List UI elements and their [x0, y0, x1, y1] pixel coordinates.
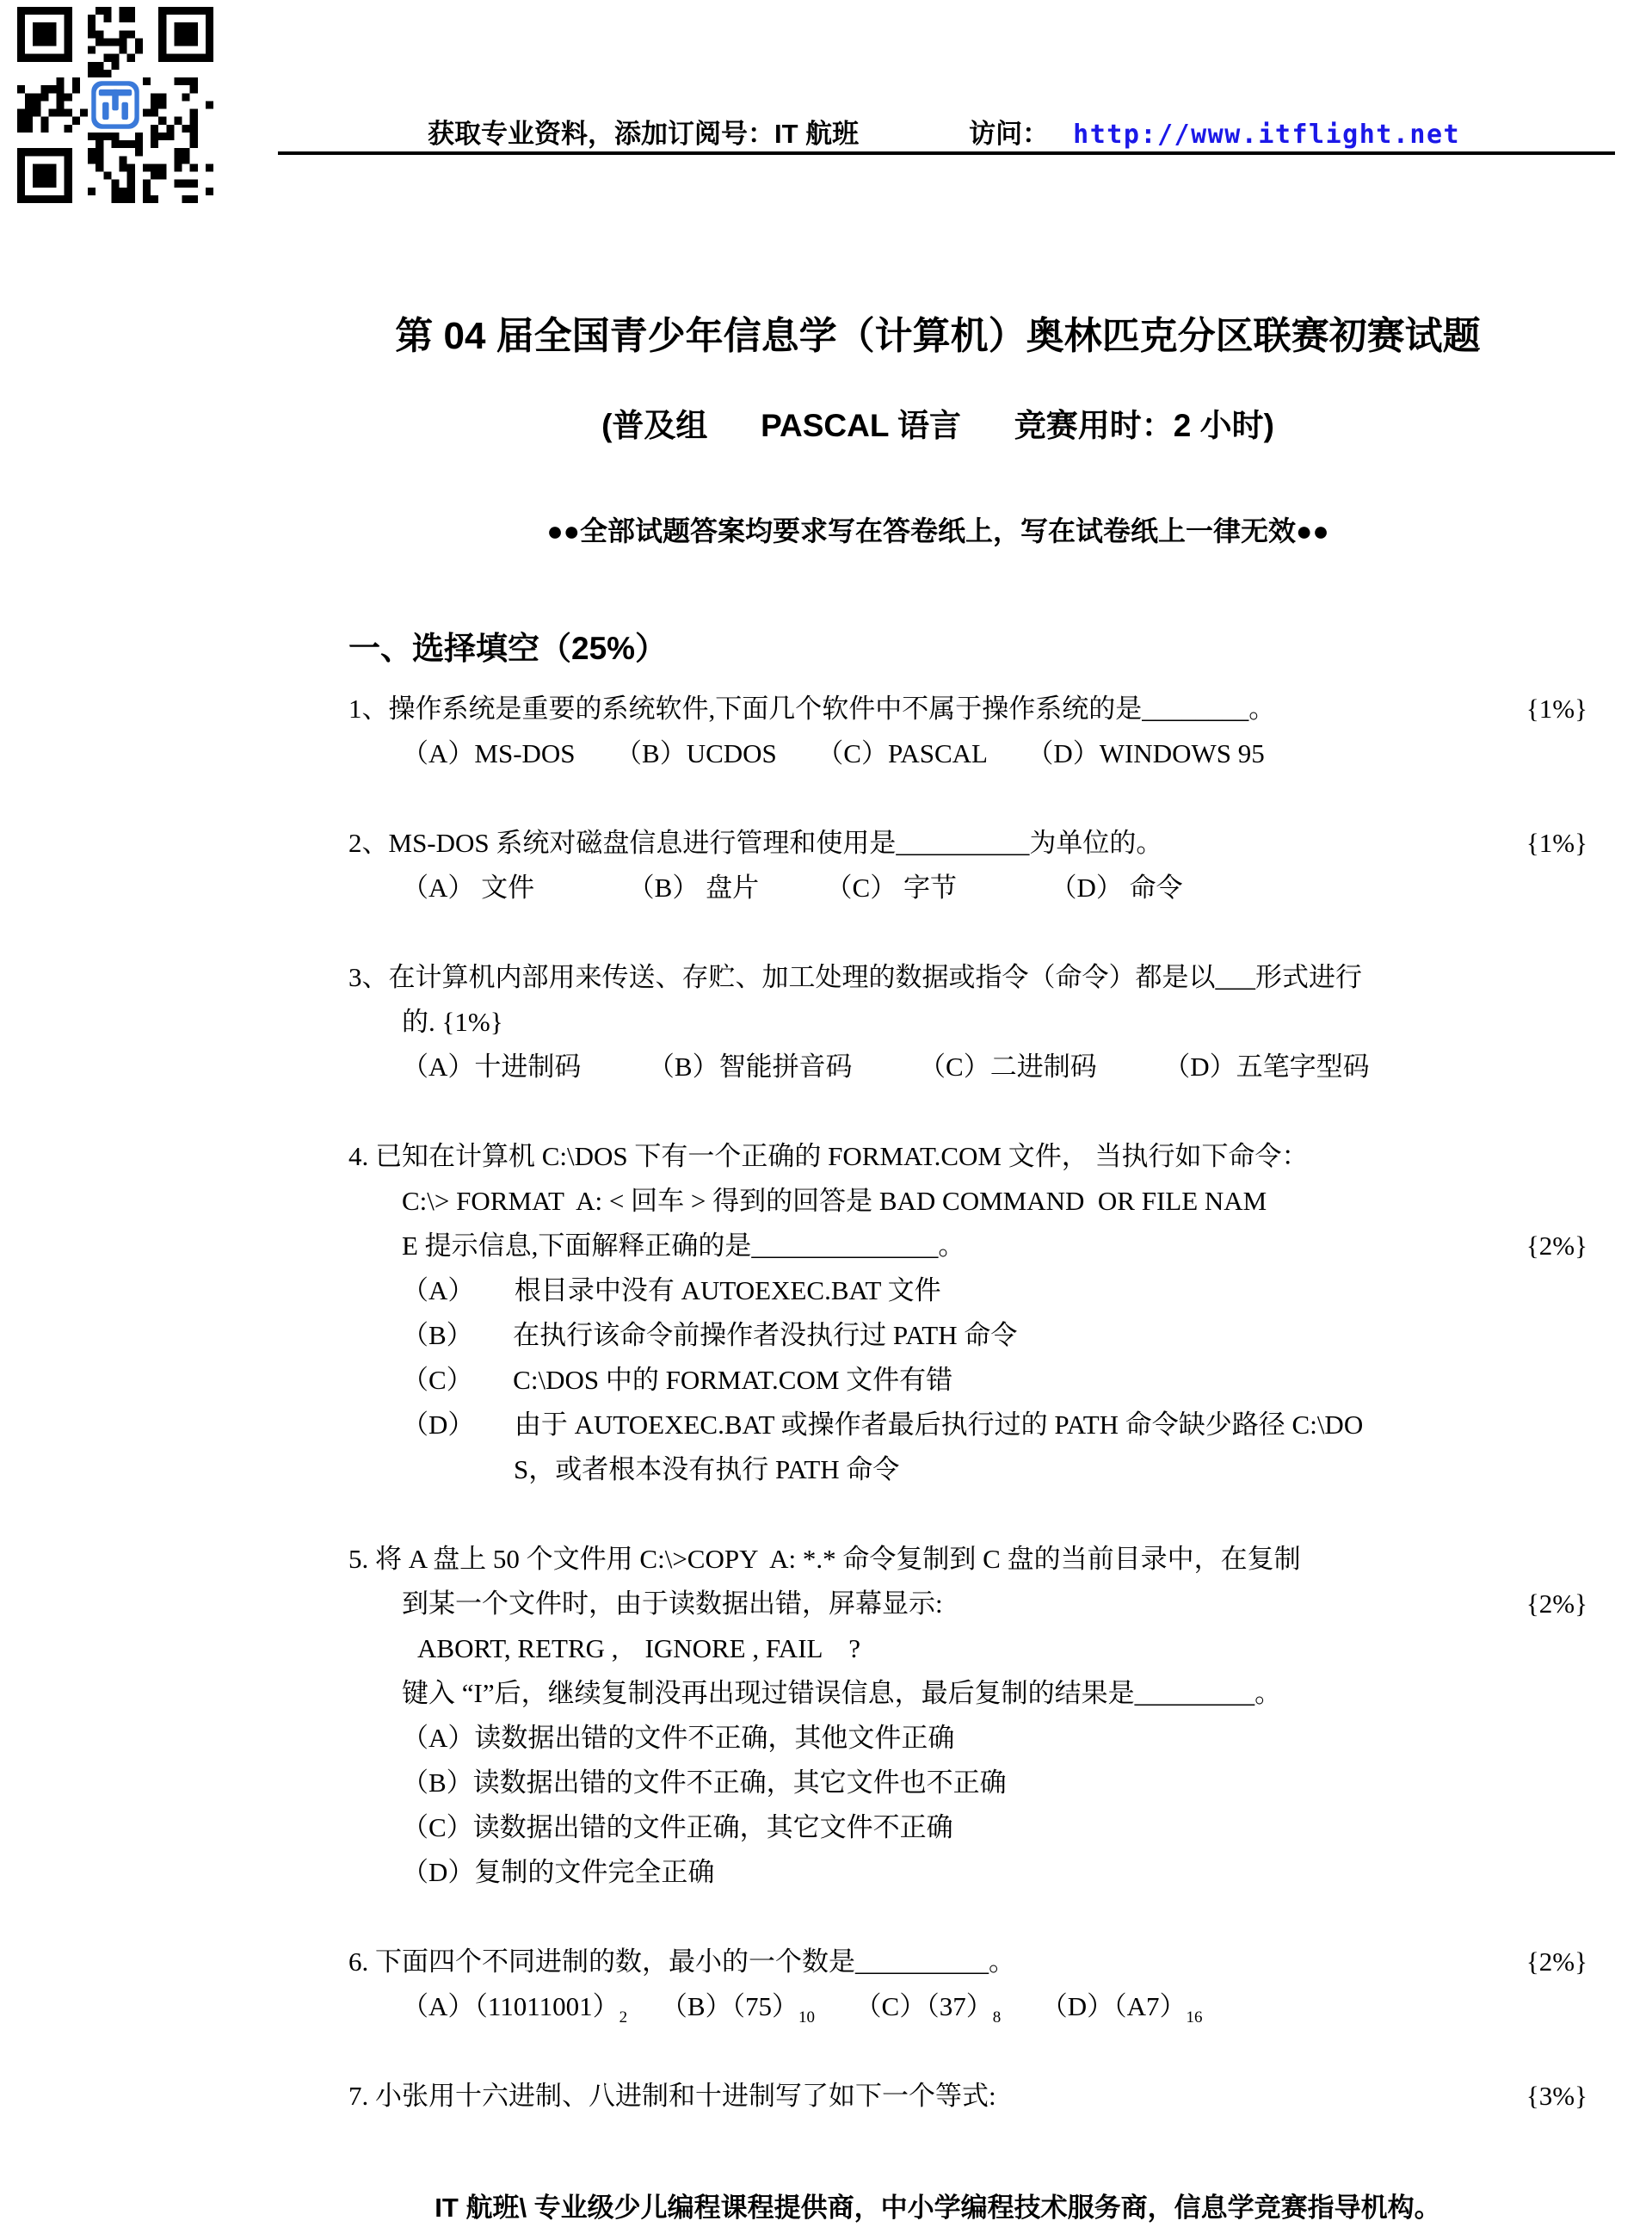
question-5-text: 5. 将 A 盘上 50 个文件用 C:\>COPY A: *.* 命令复制到 …: [348, 1537, 1594, 1582]
header-divider: [278, 151, 1615, 155]
page-subtitle: (普及组 PASCAL 语言 竞赛用时：2 小时): [258, 399, 1618, 446]
question-5-text-cont2: 键入 “I”后，继续复制没再出现过错误信息，最后复制的结果是_________。: [348, 1671, 1594, 1716]
score-badge: {2%}: [1526, 1582, 1587, 1626]
question-4-text-cont: E 提示信息,下面解释正确的是______________。{2%}: [348, 1224, 1594, 1268]
question-7-text: 7. 小张用十六进制、八进制和十进制写了如下一个等式:{3%}: [348, 2074, 1594, 2119]
question-5: 5. 将 A 盘上 50 个文件用 C:\>COPY A: *.* 命令复制到 …: [348, 1537, 1594, 1895]
qr-center-logo: [88, 77, 143, 133]
score-badge: {2%}: [1526, 1224, 1587, 1268]
question-1-text: 1、操作系统是重要的系统软件,下面几个软件中不属于操作系统的是________。…: [348, 687, 1594, 731]
question-4-text: 4. 已知在计算机 C:\DOS 下有一个正确的 FORMAT.COM 文件， …: [348, 1134, 1594, 1179]
question-6: 6. 下面四个不同进制的数，最小的一个数是__________。{2%} （A）…: [348, 1940, 1594, 2029]
question-text: 3、在计算机内部用来传送、存贮、加工处理的数据或指令（命令）都是以___形式进行: [348, 962, 1362, 992]
question-4-option-d-cont: S，或者根本没有执行 PATH 命令: [348, 1447, 1594, 1492]
options-text: （C） C:\DOS 中的 FORMAT.COM 文件有错: [402, 1365, 952, 1395]
question-text: C:\> FORMAT A: < 回车 > 得到的回答是 BAD COMMAND…: [402, 1186, 1267, 1216]
options-text: （A）MS-DOS （B）UCDOS （C）PASCAL （D）WINDOWS …: [402, 738, 1265, 768]
options-text: （D）复制的文件完全正确: [402, 1857, 714, 1887]
question-4-option-c: （C） C:\DOS 中的 FORMAT.COM 文件有错: [348, 1358, 1594, 1403]
site-url-link[interactable]: http://www.itflight.net: [1073, 120, 1460, 150]
options-text: （B）（75）: [627, 1991, 798, 2021]
question-3-text: 3、在计算机内部用来传送、存贮、加工处理的数据或指令（命令）都是以___形式进行: [348, 955, 1594, 1000]
question-5-option-d: （D）复制的文件完全正确: [348, 1850, 1594, 1895]
question-text: 2、MS-DOS 系统对磁盘信息进行管理和使用是__________为单位的。: [348, 828, 1162, 858]
radix-subscript: 2: [619, 2008, 628, 2027]
question-text: 1、操作系统是重要的系统软件,下面几个软件中不属于操作系统的是________。: [348, 694, 1275, 724]
question-3-text-cont: 的. {1%}: [348, 1000, 1594, 1045]
question-text: ABORT, RETRG , IGNORE , FAIL ?: [417, 1633, 860, 1663]
question-4-option-d: （D） 由于 AUTOEXEC.BAT 或操作者最后执行过的 PATH 命令缺少…: [348, 1403, 1594, 1447]
subscribe-text: 获取专业资料，添加订阅号：IT 航班: [428, 112, 859, 151]
question-4: 4. 已知在计算机 C:\DOS 下有一个正确的 FORMAT.COM 文件， …: [348, 1134, 1594, 1492]
question-4-command: C:\> FORMAT A: < 回车 > 得到的回答是 BAD COMMAND…: [348, 1179, 1594, 1224]
question-5-option-c: （C）读数据出错的文件正确，其它文件不正确: [348, 1805, 1594, 1850]
options-text: （A）（11011001）: [402, 1991, 619, 2021]
question-text: 6. 下面四个不同进制的数，最小的一个数是__________。: [348, 1946, 1015, 1977]
radix-subscript: 8: [993, 2008, 1002, 2027]
options-text: （B） 在执行该命令前操作者没执行过 PATH 命令: [402, 1320, 1017, 1350]
question-text: E 提示信息,下面解释正确的是______________。: [402, 1231, 965, 1261]
score-badge: {1%}: [1526, 821, 1587, 866]
section-heading: 一、选择填空（25%）: [348, 625, 1594, 673]
question-2-options: （A） 文件 （B） 盘片 （C） 字节 （D） 命令: [348, 866, 1594, 910]
score-badge: {2%}: [1526, 1940, 1587, 1984]
question-6-text: 6. 下面四个不同进制的数，最小的一个数是__________。{2%}: [348, 1940, 1594, 1984]
options-text: （D） 由于 AUTOEXEC.BAT 或操作者最后执行过的 PATH 命令缺少…: [402, 1410, 1363, 1440]
score-badge: {1%}: [1526, 687, 1587, 731]
question-5-option-a: （A）读数据出错的文件不正确，其他文件正确: [348, 1716, 1594, 1761]
page-header: 获取专业资料，添加订阅号：IT 航班 访问： http://www.itflig…: [428, 112, 1460, 151]
options-text: （B）读数据出错的文件不正确，其它文件也不正确: [402, 1767, 1007, 1798]
question-5-text-cont: 到某一个文件时，由于读数据出错，屏幕显示:{2%}: [348, 1582, 1594, 1626]
options-text: S，或者根本没有执行 PATH 命令: [514, 1454, 899, 1484]
question-text: 键入 “I”后，继续复制没再出现过错误信息，最后复制的结果是_________。: [402, 1678, 1281, 1708]
options-text: （A） 根目录中没有 AUTOEXEC.BAT 文件: [402, 1275, 941, 1305]
question-2-text: 2、MS-DOS 系统对磁盘信息进行管理和使用是__________为单位的。{…: [348, 821, 1594, 866]
question-2: 2、MS-DOS 系统对磁盘信息进行管理和使用是__________为单位的。{…: [348, 821, 1594, 910]
exam-body: 一、选择填空（25%） 1、操作系统是重要的系统软件,下面几个软件中不属于操作系…: [348, 625, 1594, 2163]
question-7: 7. 小张用十六进制、八进制和十进制写了如下一个等式:{3%}: [348, 2074, 1594, 2119]
question-5-screen-message: ABORT, RETRG , IGNORE , FAIL ?: [348, 1626, 1594, 1671]
options-text: （A）读数据出错的文件不正确，其他文件正确: [402, 1723, 954, 1753]
question-4-option-a: （A） 根目录中没有 AUTOEXEC.BAT 文件: [348, 1268, 1594, 1313]
radix-subscript: 16: [1187, 2008, 1203, 2027]
exam-page: 获取专业资料，添加订阅号：IT 航班 访问： http://www.itflig…: [0, 0, 1652, 2227]
question-6-options: （A）（11011001）2 （B）（75）10 （C）（37）8 （D）（A7…: [348, 1984, 1594, 2029]
options-text: （A） 文件 （B） 盘片 （C） 字节 （D） 命令: [402, 873, 1183, 903]
footer-text: IT 航班\ 专业级少儿编程课程提供商，中小学编程技术服务商，信息学竞赛指导机构…: [258, 2186, 1618, 2224]
question-3: 3、在计算机内部用来传送、存贮、加工处理的数据或指令（命令）都是以___形式进行…: [348, 955, 1594, 1089]
visit-label: 访问：: [969, 112, 1049, 151]
options-text: （A）十进制码 （B）智能拼音码 （C）二进制码 （D）五笔字型码: [402, 1052, 1370, 1082]
question-3-options: （A）十进制码 （B）智能拼音码 （C）二进制码 （D）五笔字型码: [348, 1045, 1594, 1089]
options-text: （C）（37）: [815, 1991, 993, 2021]
options-text: （D）（A7）: [1001, 1991, 1186, 2021]
options-text: （C）读数据出错的文件正确，其它文件不正确: [402, 1812, 953, 1842]
answer-notice: ●●全部试题答案均要求写在答卷纸上，写在试卷纸上一律无效●●: [258, 509, 1618, 549]
qr-code: [10, 7, 220, 203]
question-4-option-b: （B） 在执行该命令前操作者没执行过 PATH 命令: [348, 1313, 1594, 1358]
question-1: 1、操作系统是重要的系统软件,下面几个软件中不属于操作系统的是________。…: [348, 687, 1594, 776]
question-1-options: （A）MS-DOS （B）UCDOS （C）PASCAL （D）WINDOWS …: [348, 731, 1594, 776]
question-text: 到某一个文件时，由于读数据出错，屏幕显示:: [402, 1589, 943, 1619]
question-text: 7. 小张用十六进制、八进制和十进制写了如下一个等式:: [348, 2081, 996, 2111]
question-text: 5. 将 A 盘上 50 个文件用 C:\>COPY A: *.* 命令复制到 …: [348, 1544, 1301, 1574]
question-text: 的. {1%}: [402, 1007, 503, 1037]
question-text: 4. 已知在计算机 C:\DOS 下有一个正确的 FORMAT.COM 文件， …: [348, 1141, 1309, 1171]
score-badge: {3%}: [1526, 2074, 1587, 2119]
question-5-option-b: （B）读数据出错的文件不正确，其它文件也不正确: [348, 1761, 1594, 1805]
radix-subscript: 10: [798, 2008, 815, 2027]
page-title: 第 04 届全国青少年信息学（计算机）奥林匹克分区联赛初赛试题: [258, 305, 1618, 360]
